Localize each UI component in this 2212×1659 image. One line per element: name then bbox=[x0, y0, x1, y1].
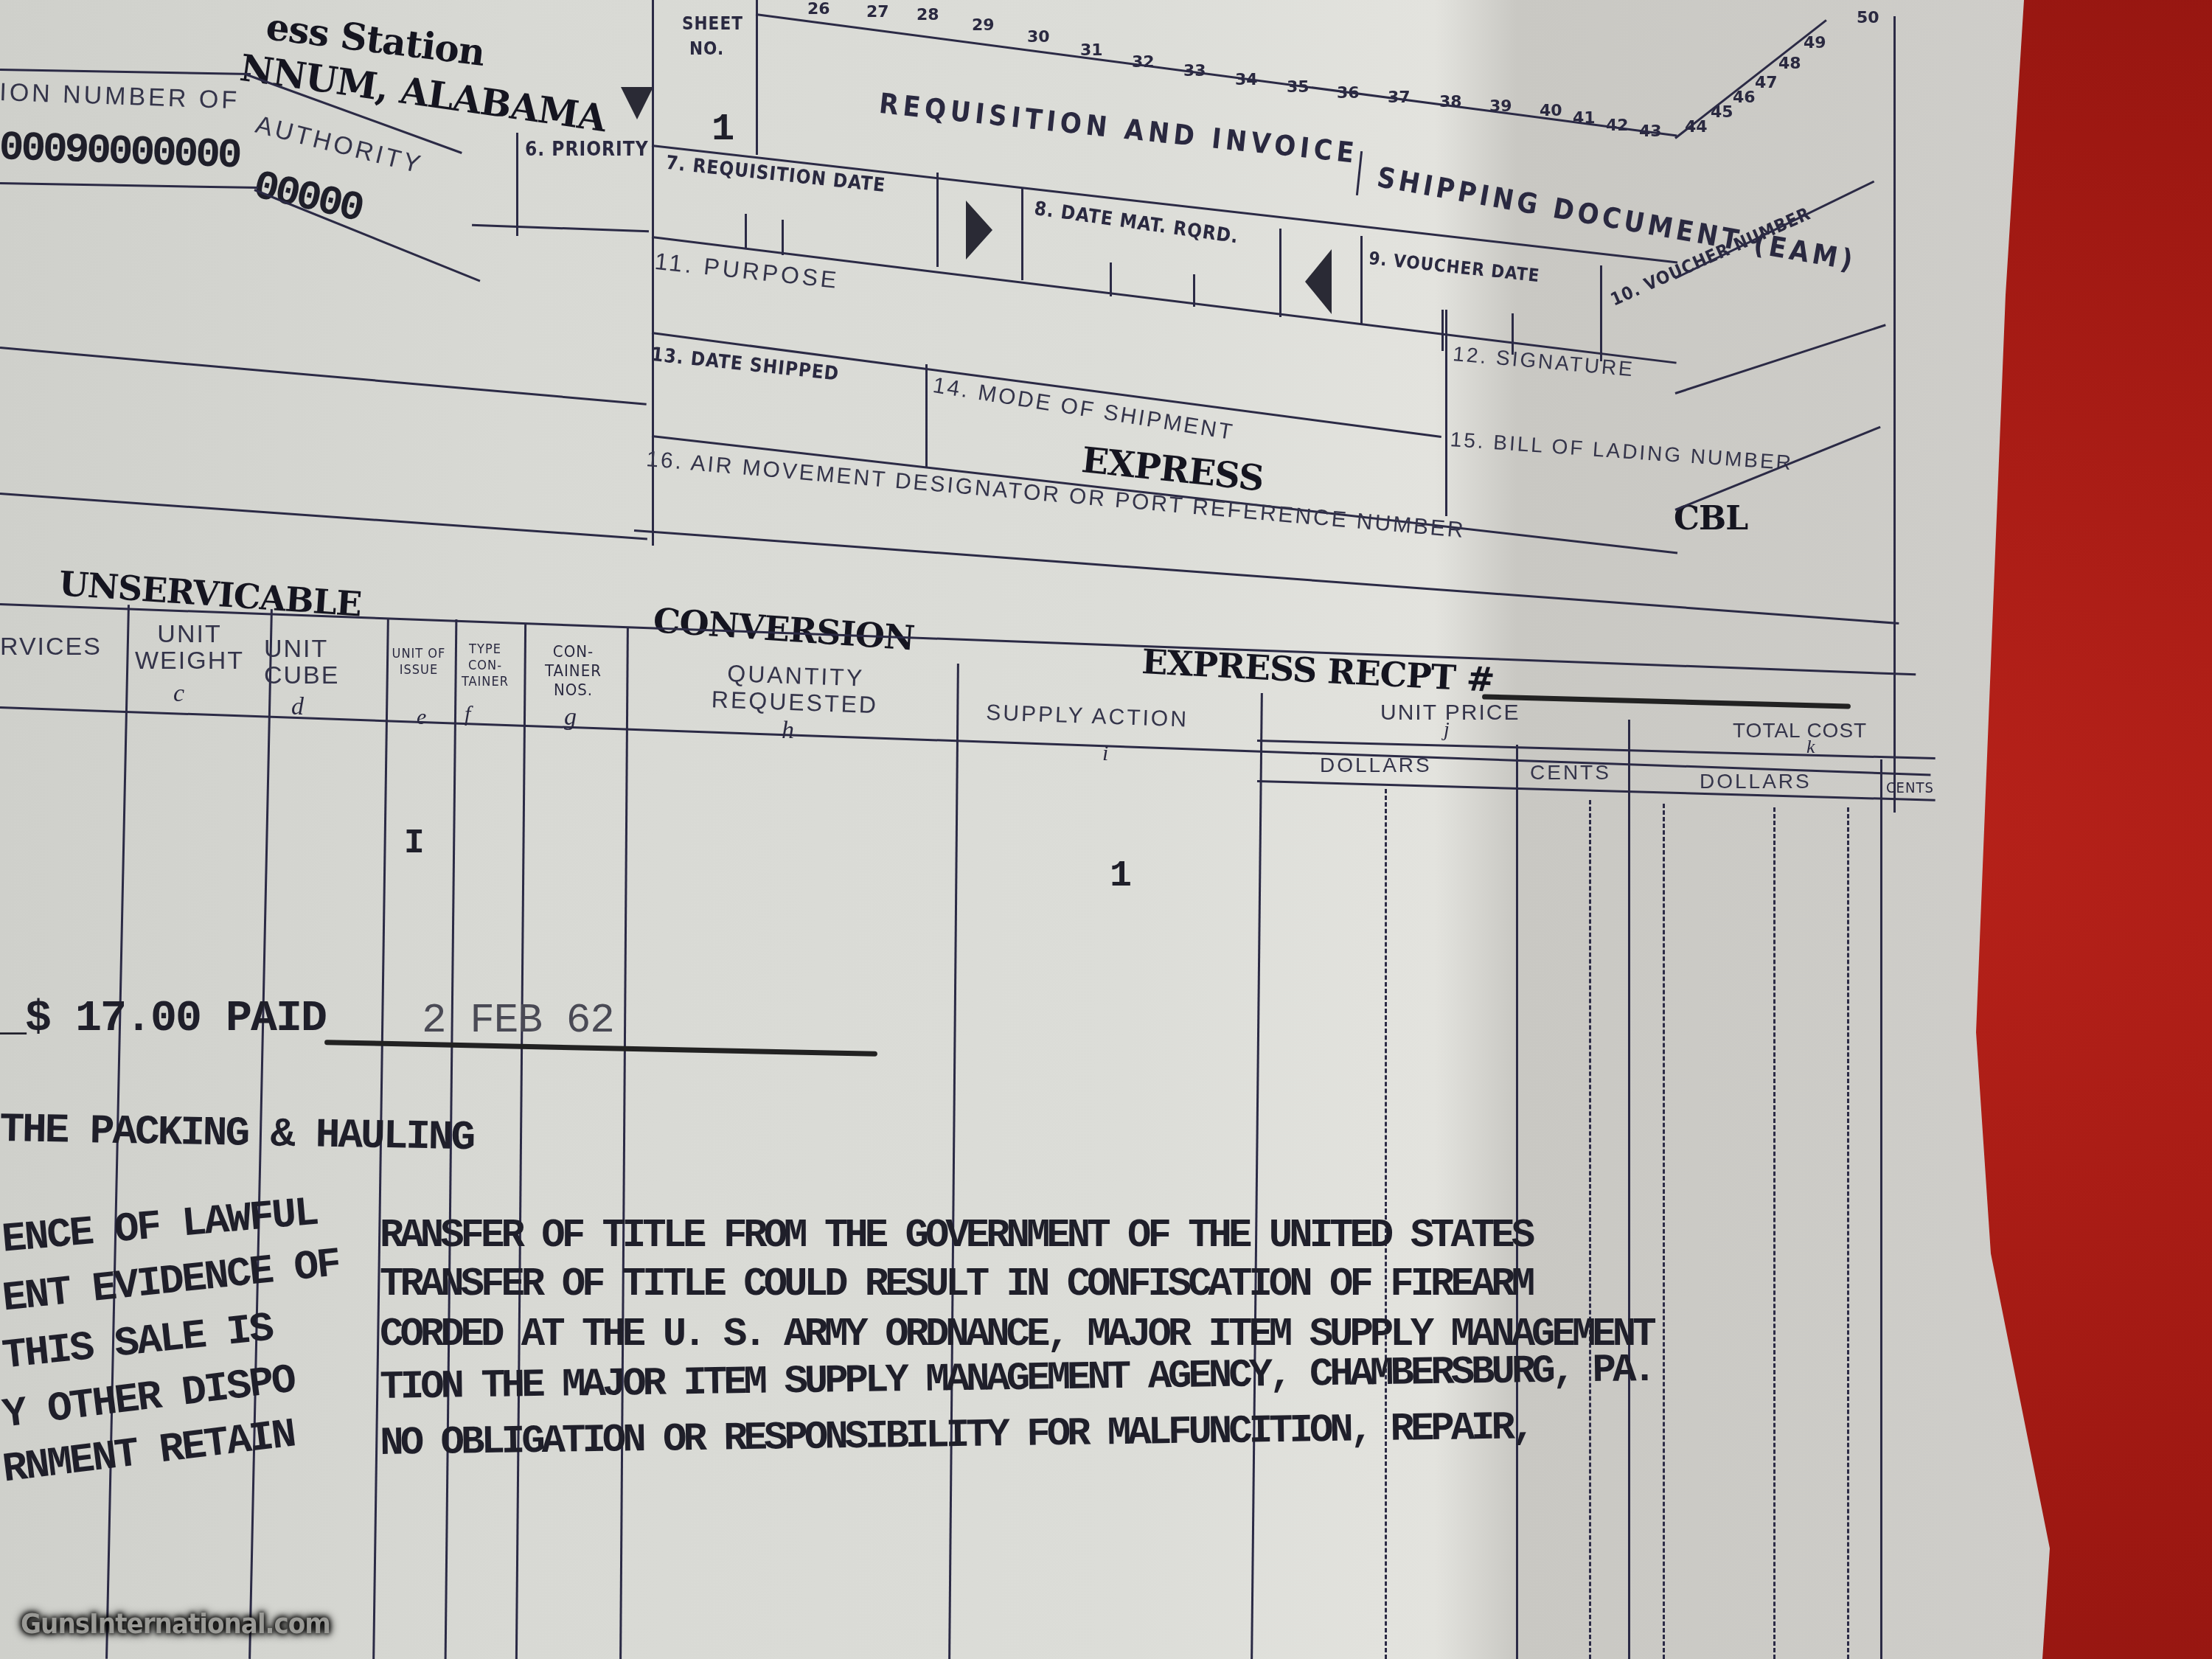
packing-hauling-line: THE PACKING & HAULING bbox=[0, 1106, 474, 1161]
rule bbox=[0, 69, 251, 75]
col-supply-action-letter: i bbox=[1102, 741, 1108, 766]
rule bbox=[1600, 265, 1602, 361]
notice-right-line: RANSFER OF TITLE FROM THE GOVERNMENT OF … bbox=[380, 1214, 1531, 1259]
rule bbox=[1675, 324, 1886, 394]
rule bbox=[936, 173, 939, 267]
col-num: 28 bbox=[917, 6, 939, 24]
rule bbox=[1279, 229, 1281, 317]
col-container-nos-letter: g bbox=[564, 703, 577, 731]
authority-label-a: ION NUMBER OF bbox=[0, 78, 240, 115]
col-num: 30 bbox=[1027, 28, 1050, 46]
rule bbox=[925, 364, 928, 467]
col-services-label: RVICES bbox=[0, 633, 102, 661]
watermark-logo: GunsInternational.com bbox=[21, 1607, 330, 1640]
sheet-number-value: 1 bbox=[712, 108, 734, 151]
col-num: 47 bbox=[1755, 74, 1778, 92]
col-num: 27 bbox=[866, 3, 889, 21]
col-num: 26 bbox=[807, 0, 830, 18]
column-rule bbox=[1880, 759, 1882, 1659]
col-num: 50 bbox=[1857, 9, 1879, 27]
rule bbox=[782, 220, 784, 255]
notice-right-line: NO OBLIGATION OR RESPONSIBILITY FOR MALF… bbox=[380, 1405, 1532, 1467]
total-cents-dash-rule bbox=[1847, 807, 1849, 1659]
arrow-left-icon bbox=[1305, 249, 1332, 314]
column-rule bbox=[1516, 745, 1518, 1659]
col-num: 32 bbox=[1132, 53, 1155, 72]
cents-dash-rule bbox=[1589, 800, 1591, 1659]
payment-amount: _$ 17.00 PAID bbox=[0, 994, 326, 1044]
date-shipped-label: 13. DATE SHIPPED bbox=[650, 344, 841, 386]
column-rule bbox=[1251, 693, 1263, 1659]
rule bbox=[1110, 262, 1112, 296]
col-unit-weight-letter: c bbox=[173, 680, 184, 708]
supply-action-value: 1 bbox=[1110, 855, 1132, 897]
rule bbox=[1021, 187, 1023, 280]
express-receipt-underline bbox=[1482, 694, 1851, 709]
unit-price-dollars-label: DOLLARS bbox=[1320, 754, 1432, 777]
column-rule bbox=[1628, 720, 1630, 1659]
date-mat-rqrd-label: 8. DATE MAT. RQRD. bbox=[1033, 198, 1240, 248]
col-unit-weight-label: UNIT WEIGHT bbox=[127, 621, 252, 674]
column-rule bbox=[948, 664, 959, 1659]
rule bbox=[0, 347, 647, 406]
rule bbox=[634, 529, 1899, 625]
col-unit-price-label: UNIT PRICE bbox=[1380, 700, 1520, 726]
col-type-container-label: TYPE CON-TAINER bbox=[453, 641, 518, 690]
col-unit-price-letter: j bbox=[1444, 718, 1450, 742]
triangle-marker-icon bbox=[621, 87, 653, 119]
rule bbox=[1893, 16, 1896, 813]
express-receipt-stamp: EXPRESS RECPT # bbox=[1141, 641, 1495, 700]
column-rule bbox=[619, 627, 629, 1659]
col-supply-action-label: SUPPLY ACTION bbox=[986, 700, 1189, 733]
col-unit-cube-letter: d bbox=[291, 693, 304, 721]
requisition-form-paper: ess Station NNUM, ALABAMA ION NUMBER OF … bbox=[0, 0, 2050, 1659]
col-unit-of-issue-letter: e bbox=[417, 705, 426, 730]
col-total-cost-letter: k bbox=[1806, 736, 1815, 758]
sheet-label-2: NO. bbox=[689, 38, 724, 59]
arrow-right-icon bbox=[966, 201, 992, 260]
col-container-nos-label: CON-TAINER NOS. bbox=[527, 643, 619, 700]
rule bbox=[756, 0, 758, 155]
unit-price-cents-label: CENTS bbox=[1530, 761, 1611, 785]
table-header-bottom-rule bbox=[0, 706, 1930, 776]
voucher-date-label: 9. VOUCHER DATE bbox=[1368, 248, 1541, 286]
total-dollars-label: DOLLARS bbox=[1700, 770, 1812, 793]
rule bbox=[254, 189, 480, 282]
rule bbox=[745, 214, 747, 248]
authority-value-a: 00090000000 bbox=[0, 124, 240, 179]
col-unit-of-issue-label: UNIT OF ISSUE bbox=[389, 646, 448, 678]
rule bbox=[1360, 236, 1363, 324]
mode-of-shipment-label: 14. MODE OF SHIPMENT bbox=[931, 373, 1237, 445]
total-dash-rule bbox=[1773, 807, 1775, 1659]
rule bbox=[1445, 310, 1447, 516]
col-quantity-requested-label: QUANTITY REQUESTED bbox=[661, 658, 928, 720]
rule bbox=[0, 493, 647, 540]
col-total-cost-label: TOTAL COST bbox=[1733, 719, 1867, 742]
payment-date: 2 FEB 62 bbox=[422, 997, 614, 1044]
col-unit-cube-label: UNIT CUBE bbox=[264, 636, 360, 689]
rule bbox=[1441, 310, 1444, 351]
rule bbox=[0, 182, 258, 189]
rule bbox=[516, 133, 518, 236]
column-rule bbox=[515, 624, 526, 1659]
purpose-label: 11. PURPOSE bbox=[653, 248, 841, 294]
rule bbox=[472, 224, 649, 232]
bill-of-lading-label: 15. BILL OF LADING NUMBER bbox=[1450, 428, 1794, 475]
rule bbox=[1674, 19, 1827, 139]
unit-of-issue-value: I bbox=[404, 824, 425, 863]
signature-label: 12. SIGNATURE bbox=[1452, 342, 1635, 381]
col-quantity-requested-letter: h bbox=[782, 717, 794, 745]
total-cents-label: CENTS bbox=[1886, 779, 1934, 796]
total-dash-rule bbox=[1663, 804, 1665, 1659]
rule bbox=[652, 236, 1677, 364]
notice-right-line: TRANSFER OF TITLE COULD RESULT IN CONFIS… bbox=[380, 1262, 1531, 1307]
col-num: 48 bbox=[1778, 55, 1801, 73]
air-movement-label: 16. AIR MOVEMENT DESIGNATOR OR PORT REFE… bbox=[645, 447, 1467, 543]
rule bbox=[652, 332, 1441, 438]
col-type-container-letter: f bbox=[465, 702, 470, 727]
col-num: 29 bbox=[972, 16, 995, 35]
authority-value-b: 00000 bbox=[249, 162, 366, 233]
priority-label: 6. PRIORITY bbox=[525, 139, 649, 161]
col-num: 38 bbox=[1439, 93, 1462, 111]
form-title-part1: REQUISITION AND INVOICE bbox=[877, 87, 1360, 170]
sheet-label-1: SHEET bbox=[682, 13, 743, 34]
